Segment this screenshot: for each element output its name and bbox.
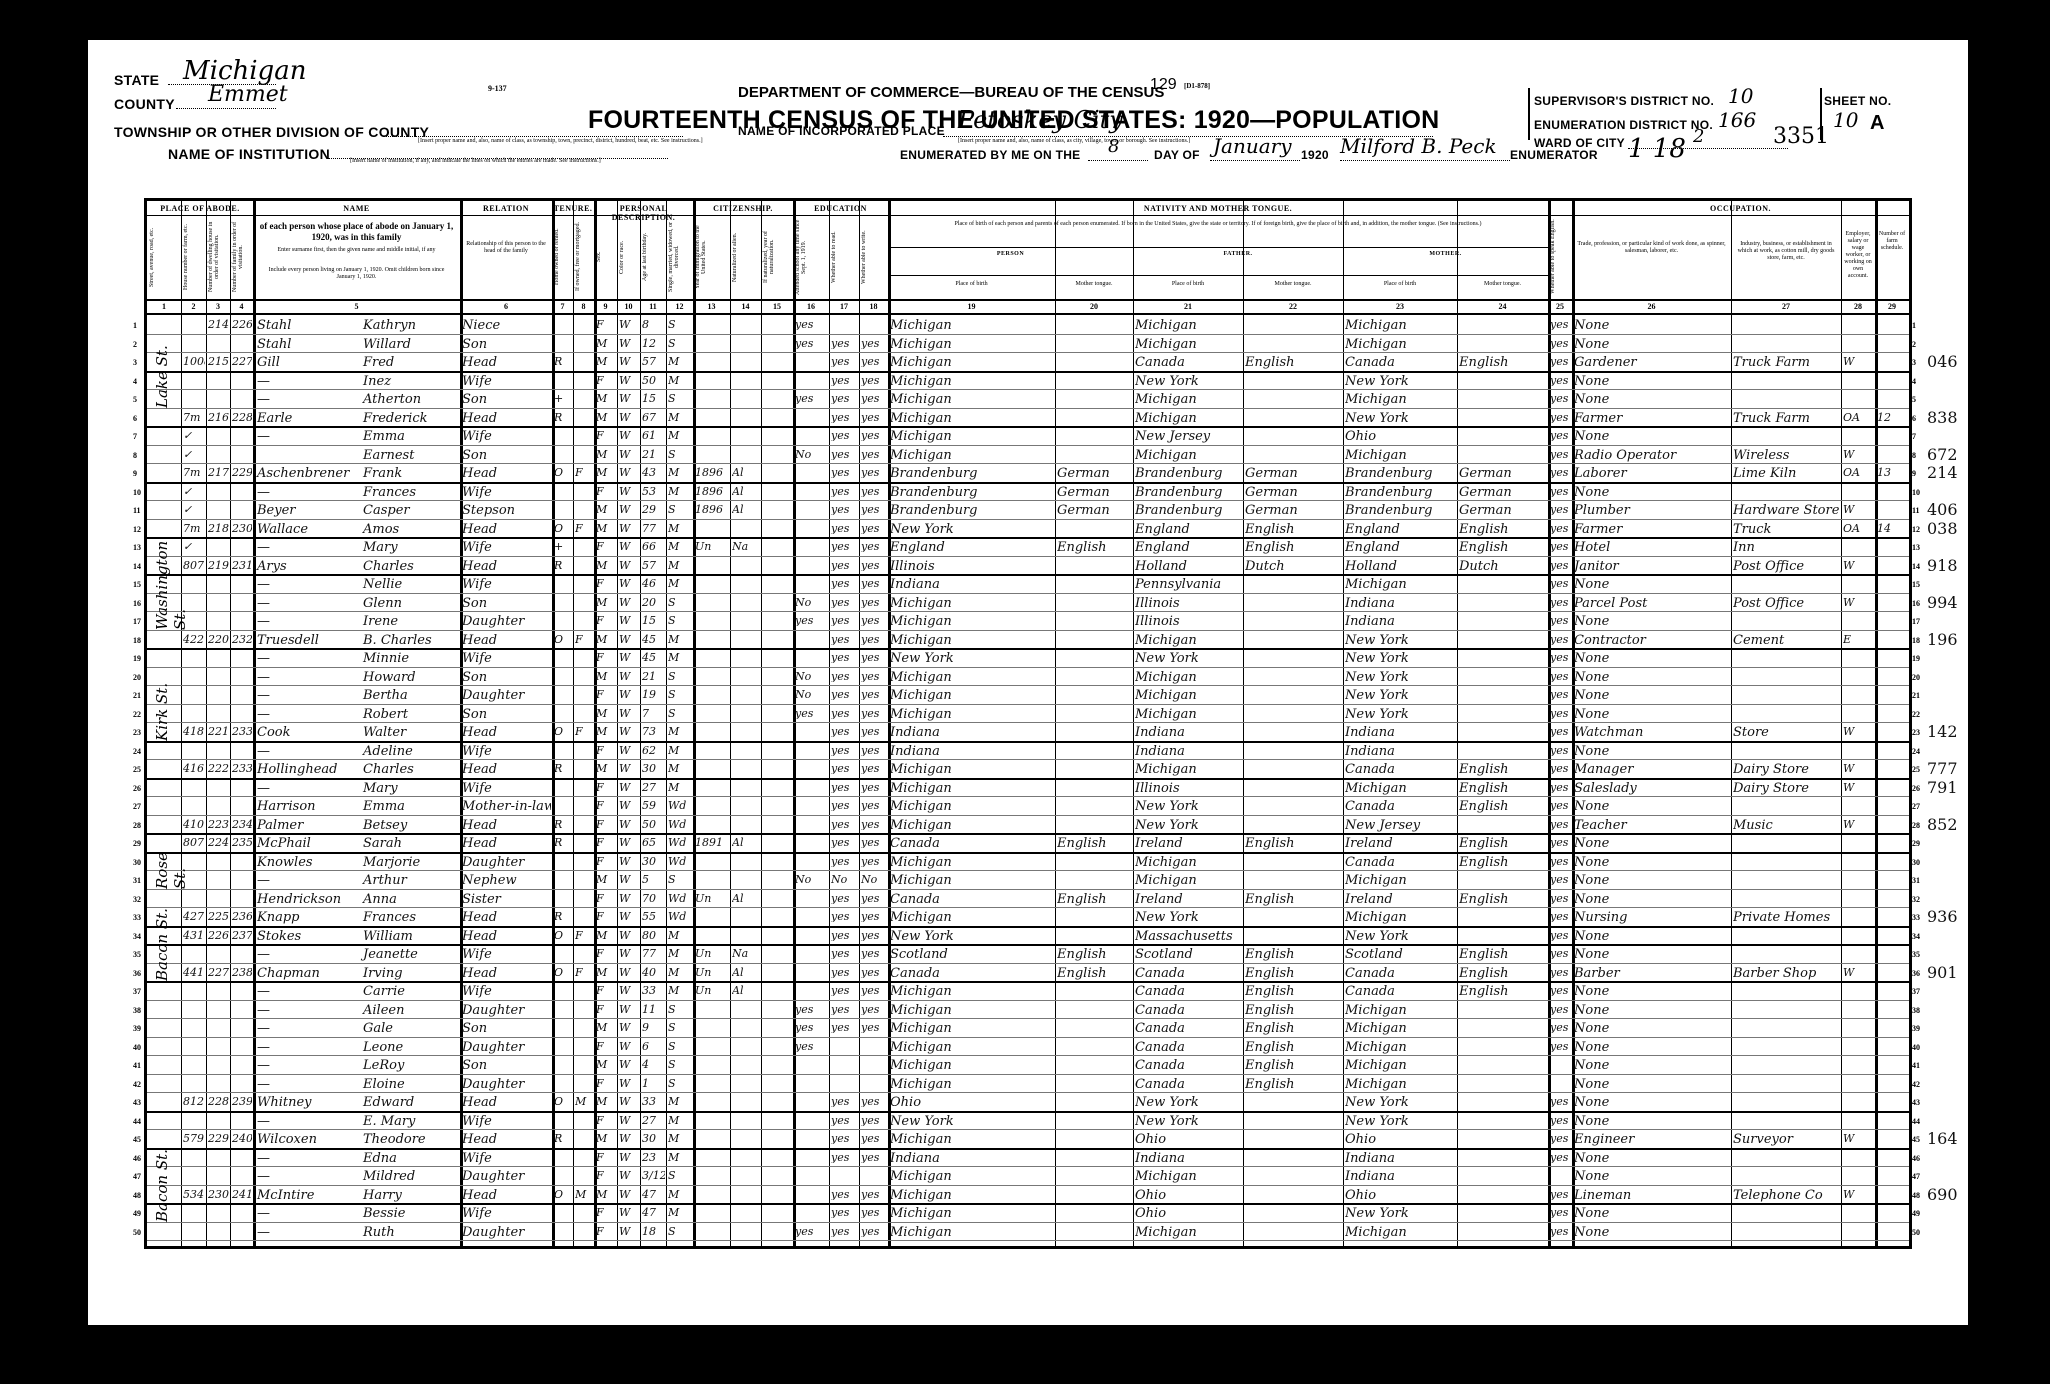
table-row: —NellieWifeFW46MyesyesIndianaPennsylvani… — [147, 574, 1909, 593]
cell-ftongue: English — [1245, 541, 1342, 554]
cell-sex: F — [596, 745, 616, 756]
cell-relation: Son — [462, 338, 551, 351]
right-margin-code: 672 — [1927, 445, 1958, 464]
cell-english: yes — [1550, 319, 1571, 330]
county-value: Emmet — [208, 84, 288, 106]
cell-imm: 1891 — [695, 837, 729, 848]
cell-read: yes — [831, 541, 858, 552]
cell-fpob: Michigan — [1135, 412, 1242, 425]
cell-trade: None — [1574, 615, 1730, 628]
cell-read: yes — [831, 708, 858, 719]
column-number: 3 — [206, 302, 230, 311]
cell-given-name: Glenn — [363, 597, 402, 610]
cell-imm: 1896 — [695, 486, 729, 497]
cell-english: yes — [1550, 930, 1571, 941]
cell-ftongue: English — [1245, 1059, 1342, 1072]
cell-surname: Stokes — [257, 930, 301, 943]
column-number: 21 — [1133, 302, 1243, 311]
cell-surname: — — [257, 1041, 270, 1054]
cell-given-name: Mildred — [363, 1170, 415, 1183]
cell-write: No — [861, 874, 887, 885]
cell-age: 12 — [642, 338, 665, 349]
cell-family: 226 — [232, 319, 252, 330]
cell-pob: Michigan — [890, 763, 1054, 776]
cell-mpob: England — [1345, 541, 1456, 554]
cell-age: 27 — [642, 1115, 665, 1126]
cell-sex: M — [596, 671, 616, 682]
cell-trade: None — [1574, 319, 1730, 332]
mother-tongue-header: Mother tongue. — [1457, 281, 1548, 288]
vertical-column-header: Number of dwelling house in order of vis… — [208, 219, 228, 295]
cell-relation: Head — [462, 356, 551, 369]
cell-color: W — [619, 504, 639, 515]
left-line-number: 45 — [133, 1135, 141, 1144]
cell-pob: Michigan — [890, 856, 1054, 869]
nativity-header-divider — [888, 247, 1548, 248]
sheet-label: SHEET NO. — [1824, 94, 1891, 108]
cell-pob: Michigan — [890, 782, 1054, 795]
enumerated-day: 8 — [1108, 138, 1119, 156]
cell-trade: None — [1574, 375, 1730, 388]
cell-sex: M — [596, 504, 616, 515]
cell-surname: — — [257, 874, 270, 887]
cell-read: yes — [831, 393, 858, 404]
cell-read: yes — [831, 356, 858, 367]
cell-trade: None — [1574, 1041, 1730, 1054]
line-number: 39 — [1912, 1024, 1920, 1033]
cell-mtongue: English — [1459, 856, 1547, 869]
cell-surname: — — [257, 985, 270, 998]
cell-pob: Michigan — [890, 874, 1054, 887]
cell-fpob: Michigan — [1135, 1226, 1242, 1239]
cell-dwelling: 227 — [208, 967, 229, 978]
line-number: 9 — [1912, 469, 1916, 478]
cell-fpob: Brandenburg — [1135, 504, 1242, 517]
cell-color: W — [619, 1207, 639, 1218]
cell-color: W — [619, 1152, 639, 1163]
cell-mpob: Canada — [1345, 985, 1456, 998]
cell-fpob: New York — [1135, 652, 1242, 665]
cell-read: yes — [831, 467, 858, 478]
cell-sex: F — [596, 1004, 616, 1015]
vertical-column-header: Sex. — [596, 219, 615, 295]
cell-english: yes — [1550, 689, 1571, 700]
vertical-column-header: If naturalized, year of naturalization. — [763, 219, 791, 295]
cell-given-name: Robert — [363, 708, 408, 721]
cell-fpob: New York — [1135, 1096, 1242, 1109]
cell-surname: — — [257, 689, 270, 702]
cell-pob: Michigan — [890, 319, 1054, 332]
cell-pob: Michigan — [890, 356, 1054, 369]
cell-house: ✓ — [183, 504, 205, 515]
cell-mtongue: English — [1459, 893, 1547, 906]
cell-write: yes — [861, 689, 887, 700]
cell-age: 65 — [642, 837, 665, 848]
cell-surname: Truesdell — [257, 634, 319, 647]
cell-fpob: Michigan — [1135, 338, 1242, 351]
cell-surname: — — [257, 1226, 270, 1239]
cell-given-name: Frederick — [363, 412, 427, 425]
street-margin-note: Bacon St. — [153, 1092, 171, 1222]
cell-fpob: England — [1135, 523, 1242, 536]
cell-surname: Arys — [257, 560, 287, 573]
left-line-number: 48 — [133, 1191, 141, 1200]
cell-trade: None — [1574, 338, 1730, 351]
table-row: WhitneyEdward812228239HeadOMMW33MyesyesO… — [147, 1092, 1909, 1111]
cell-surname: — — [257, 1152, 270, 1165]
cell-mpob: Michigan — [1345, 1059, 1456, 1072]
cell-color: W — [619, 967, 639, 978]
cell-house: 7m — [183, 412, 205, 423]
column-number: 10 — [617, 302, 640, 311]
cell-marital: Wd — [668, 893, 692, 904]
left-line-number: 23 — [133, 728, 141, 737]
cell-marital: S — [668, 1078, 692, 1089]
cell-mtongue: English — [1459, 985, 1547, 998]
cell-read: yes — [831, 615, 858, 626]
cell-industry: Truck Farm — [1733, 356, 1840, 369]
cell-fpob: Canada — [1135, 356, 1242, 369]
table-row: HarrisonEmmaMother-in-lawFW59WdyesyesMic… — [147, 796, 1909, 815]
table-row: —EloineDaughterFW1SMichiganCanadaEnglish… — [147, 1074, 1909, 1093]
cell-write: yes — [861, 856, 887, 867]
cell-english: yes — [1550, 1096, 1571, 1107]
cell-color: W — [619, 763, 639, 774]
cell-fpob: Michigan — [1135, 1170, 1242, 1183]
table-row: —Emma✓WifeFW61MyesyesMichiganNew JerseyO… — [147, 426, 1909, 445]
cell-sex: M — [596, 967, 616, 978]
cell-surname: — — [257, 597, 270, 610]
table-row: StokesWilliam431226237HeadOFMW80MyesyesN… — [147, 926, 1909, 945]
cell-read: yes — [831, 948, 858, 959]
table-row: —MaryWifeFW27MyesyesMichiganIllinoisMich… — [147, 778, 1909, 797]
table-row: —GaleSonMW9SyesyesyesMichiganCanadaEngli… — [147, 1018, 1909, 1037]
cell-trade: None — [1574, 1078, 1730, 1091]
cell-read: yes — [831, 1152, 858, 1163]
cell-dwelling: 214 — [208, 319, 229, 330]
line-number: 8 — [1912, 451, 1916, 460]
line-number: 2 — [1912, 340, 1916, 349]
cell-english: yes — [1550, 486, 1571, 497]
cell-mpob: Indiana — [1345, 597, 1456, 610]
cell-given-name: Anna — [363, 893, 397, 906]
cell-sex: F — [596, 856, 616, 867]
table-row: KnappFrances427225236HeadRFW55WdyesyesMi… — [147, 907, 1909, 926]
cell-mtongue: Dutch — [1459, 560, 1547, 573]
cell-trade: Radio Operator — [1574, 449, 1730, 462]
line-number: 40 — [1912, 1043, 1920, 1052]
cell-color: W — [619, 541, 639, 552]
cell-given-name: Mary — [363, 782, 398, 795]
cell-mpob: Ohio — [1345, 1133, 1456, 1146]
cell-write: yes — [861, 634, 887, 645]
left-line-number: 50 — [133, 1228, 141, 1237]
cell-color: W — [619, 708, 639, 719]
cell-tongue: English — [1057, 541, 1132, 554]
cell-age: 50 — [642, 375, 665, 386]
cell-marital: S — [668, 708, 692, 719]
cell-pob: Canada — [890, 837, 1054, 850]
cell-pob: Michigan — [890, 1133, 1054, 1146]
line-number: 35 — [1912, 950, 1920, 959]
table-row: —AthertonSon+MW15SyesyesyesMichiganMichi… — [147, 389, 1909, 408]
cell-mtongue: English — [1459, 541, 1547, 554]
cell-sex: F — [596, 911, 616, 922]
street-margin-note: Bacon St. — [153, 907, 171, 981]
cell-english: yes — [1550, 763, 1571, 774]
cell-age: 33 — [642, 985, 665, 996]
line-number: 50 — [1912, 1228, 1920, 1237]
ward-label: WARD OF CITY — [1534, 136, 1625, 150]
cell-mpob: Ohio — [1345, 1189, 1456, 1202]
line-number: 33 — [1912, 913, 1920, 922]
table-row: —EdnaWifeFW23MyesyesIndianaIndianaIndian… — [147, 1148, 1909, 1167]
cell-home: R — [554, 763, 572, 774]
cell-fpob: Michigan — [1135, 689, 1242, 702]
cell-relation: Daughter — [462, 1226, 551, 1239]
cell-relation: Niece — [462, 319, 551, 332]
cell-read: yes — [831, 689, 858, 700]
cell-mtongue: English — [1459, 837, 1547, 850]
cell-read: yes — [831, 1115, 858, 1126]
cell-employer: W — [1843, 1189, 1874, 1200]
cell-fpob: Michigan — [1135, 671, 1242, 684]
cell-color: W — [619, 560, 639, 571]
township-note: [Insert proper name and, also, name of c… — [418, 138, 703, 144]
cell-marital: M — [668, 430, 692, 441]
column-number: 16 — [793, 302, 829, 311]
street-margin-note: Rose St. — [153, 833, 189, 889]
cell-marital: Wd — [668, 819, 692, 830]
cell-mpob: Michigan — [1345, 1226, 1456, 1239]
cell-color: W — [619, 1041, 639, 1052]
occupation-industry-header: Industry, business, or establishment in … — [1735, 241, 1837, 262]
cell-employer: E — [1843, 634, 1874, 645]
cell-ftongue: Dutch — [1245, 560, 1342, 573]
cell-surname: Aschenbrener — [257, 467, 349, 480]
column-number: 12 — [666, 302, 693, 311]
cell-fpob: Ireland — [1135, 893, 1242, 906]
right-margin-code: 406 — [1927, 500, 1958, 519]
cell-write: yes — [861, 523, 887, 534]
cell-english: yes — [1550, 338, 1571, 349]
cell-color: W — [619, 615, 639, 626]
column-number: 17 — [829, 302, 859, 311]
cell-ftongue: German — [1245, 504, 1342, 517]
cell-marital: S — [668, 1004, 692, 1015]
left-line-number: 47 — [133, 1172, 141, 1181]
cell-trade: None — [1574, 1170, 1730, 1183]
supervisor-value: 10 — [1728, 86, 1753, 106]
cell-read: yes — [831, 967, 858, 978]
year-label: 1920 — [1301, 148, 1329, 162]
cell-age: 33 — [642, 1096, 665, 1107]
cell-sex: M — [596, 338, 616, 349]
cell-english: yes — [1550, 560, 1571, 571]
cell-pob: Michigan — [890, 1226, 1054, 1239]
right-margin-code: 994 — [1927, 593, 1958, 612]
cell-mpob: Michigan — [1345, 338, 1456, 351]
relation-column-desc: Relationship of this person to the head … — [464, 241, 548, 255]
cell-pob: Michigan — [890, 393, 1054, 406]
occupation-employer-header: Employer, salary or wage worker, or work… — [1843, 231, 1873, 280]
cell-relation: Head — [462, 523, 551, 536]
line-number: 14 — [1912, 562, 1920, 571]
right-margin-code: 838 — [1927, 408, 1958, 427]
cell-school: No — [795, 671, 828, 682]
cell-color: W — [619, 412, 639, 423]
cell-given-name: Adeline — [363, 745, 413, 758]
cell-surname: Earle — [257, 412, 292, 425]
cell-fpob: Ohio — [1135, 1207, 1242, 1220]
cell-imm: 1896 — [695, 467, 729, 478]
cell-surname: — — [257, 1059, 270, 1072]
cell-house: 410 — [183, 819, 205, 830]
cell-fpob: Brandenburg — [1135, 467, 1242, 480]
cell-employer: W — [1843, 967, 1874, 978]
cell-sex: M — [596, 1059, 616, 1070]
cell-sex: M — [596, 560, 616, 571]
cell-age: 50 — [642, 819, 665, 830]
cell-mpob: Brandenburg — [1345, 486, 1456, 499]
cell-marital: M — [668, 782, 692, 793]
cell-dwelling: 221 — [208, 726, 229, 737]
cell-marital: M — [668, 1115, 692, 1126]
cell-trade: None — [1574, 430, 1730, 443]
cell-read: yes — [831, 911, 858, 922]
cell-color: W — [619, 634, 639, 645]
left-line-number: 36 — [133, 969, 141, 978]
cell-pob: Michigan — [890, 1189, 1054, 1202]
cell-pob: Michigan — [890, 375, 1054, 388]
column-number: 11 — [640, 302, 666, 311]
cell-trade: Barber — [1574, 967, 1730, 980]
cell-given-name: B. Charles — [363, 634, 432, 647]
table-row: —RobertSonMW7SyesyesyesMichiganMichiganN… — [147, 704, 1909, 723]
left-line-number: 37 — [133, 987, 141, 996]
right-margin-code: 918 — [1927, 556, 1958, 575]
cell-trade: None — [1574, 874, 1730, 887]
cell-trade: None — [1574, 1115, 1730, 1128]
line-number: 41 — [1912, 1061, 1920, 1070]
cell-employer: W — [1843, 597, 1874, 608]
left-line-number: 9 — [133, 469, 137, 478]
cell-dwelling: 224 — [208, 837, 229, 848]
cell-given-name: Theodore — [363, 1133, 426, 1146]
cell-sex: F — [596, 615, 616, 626]
line-number: 30 — [1912, 858, 1920, 867]
column-number: 7 — [552, 302, 573, 311]
cell-mort: M — [575, 1096, 593, 1107]
cell-mort: F — [575, 634, 593, 645]
cell-fpob: Canada — [1135, 967, 1242, 980]
cell-color: W — [619, 893, 639, 904]
cell-industry: Post Office — [1733, 560, 1840, 573]
cell-english: yes — [1550, 504, 1571, 515]
cell-marital: M — [668, 578, 692, 589]
cell-relation: Wife — [462, 652, 551, 665]
cell-trade: Farmer — [1574, 523, 1730, 536]
enumerator-label: ENUMERATOR — [1510, 148, 1598, 162]
cell-read: yes — [831, 1022, 858, 1033]
nativity-column-desc: Place of birth of each person and parent… — [898, 221, 1538, 228]
cell-age: 46 — [642, 578, 665, 589]
cell-fpob: New York — [1135, 819, 1242, 832]
cell-read: yes — [831, 430, 858, 441]
township-line — [383, 136, 683, 137]
cell-given-name: Inez — [363, 375, 391, 388]
township-label: TOWNSHIP OR OTHER DIVISION OF COUNTY — [114, 124, 429, 140]
line-number: 47 — [1912, 1172, 1920, 1181]
cell-marital: S — [668, 671, 692, 682]
cell-given-name: Sarah — [363, 837, 402, 850]
right-margin-code: 852 — [1927, 815, 1958, 834]
table-row: —ArthurNephewMW5SNoNoNoMichiganMichiganM… — [147, 870, 1909, 889]
cell-write: yes — [861, 541, 887, 552]
cell-surname: — — [257, 1004, 270, 1017]
cell-read: yes — [831, 652, 858, 663]
sheet-value: 10 — [1833, 110, 1858, 130]
cell-age: 21 — [642, 449, 665, 460]
left-line-number: 16 — [133, 599, 141, 608]
cell-marital: M — [668, 1096, 692, 1107]
cell-sex: M — [596, 467, 616, 478]
cell-pob: Michigan — [890, 1078, 1054, 1091]
cell-marital: S — [668, 1022, 692, 1033]
left-line-number: 3 — [133, 358, 137, 367]
cell-age: 23 — [642, 1152, 665, 1163]
cell-english: yes — [1550, 837, 1571, 848]
cell-surname: — — [257, 782, 270, 795]
cell-trade: None — [1574, 1226, 1730, 1239]
vertical-column-header: Whether able to write. — [861, 219, 886, 295]
cell-fpob: Ohio — [1135, 1189, 1242, 1202]
cell-tongue: German — [1057, 504, 1132, 517]
cell-pob: Indiana — [890, 745, 1054, 758]
cell-fpob: Indiana — [1135, 1152, 1242, 1165]
cell-dwelling: 219 — [208, 560, 229, 571]
cell-industry: Barber Shop — [1733, 967, 1840, 980]
left-line-number: 20 — [133, 673, 141, 682]
cell-given-name: LeRoy — [363, 1059, 404, 1072]
cell-given-name: Eloine — [363, 1078, 405, 1091]
cell-trade: None — [1574, 1207, 1730, 1220]
cell-mort: F — [575, 930, 593, 941]
cell-given-name: William — [363, 930, 413, 943]
vertical-column-header: Year of immigration to the United States… — [695, 219, 728, 295]
left-line-number: 21 — [133, 691, 141, 700]
cell-tongue: English — [1057, 967, 1132, 980]
cell-mtongue: German — [1459, 467, 1547, 480]
cell-relation: Daughter — [462, 856, 551, 869]
cell-relation: Wife — [462, 782, 551, 795]
vertical-column-header: Single, married, widowed, or divorced. — [668, 219, 691, 295]
left-line-number: 27 — [133, 802, 141, 811]
cell-mpob: Brandenburg — [1345, 504, 1456, 517]
cell-relation: Wife — [462, 375, 551, 388]
cell-ftongue: English — [1245, 837, 1342, 850]
cell-sex: M — [596, 412, 616, 423]
cell-write: yes — [861, 800, 887, 811]
cell-given-name: Ruth — [363, 1226, 395, 1239]
cell-dwelling: 225 — [208, 911, 229, 922]
cell-given-name: Edna — [363, 1152, 397, 1165]
cell-age: 61 — [642, 430, 665, 441]
table-row: —GlennSonMW20SNoyesyesMichiganIllinoisIn… — [147, 593, 1909, 612]
left-line-number: 14 — [133, 562, 141, 571]
cell-age: 59 — [642, 800, 665, 811]
enumeration-value: 166 — [1718, 110, 1756, 130]
